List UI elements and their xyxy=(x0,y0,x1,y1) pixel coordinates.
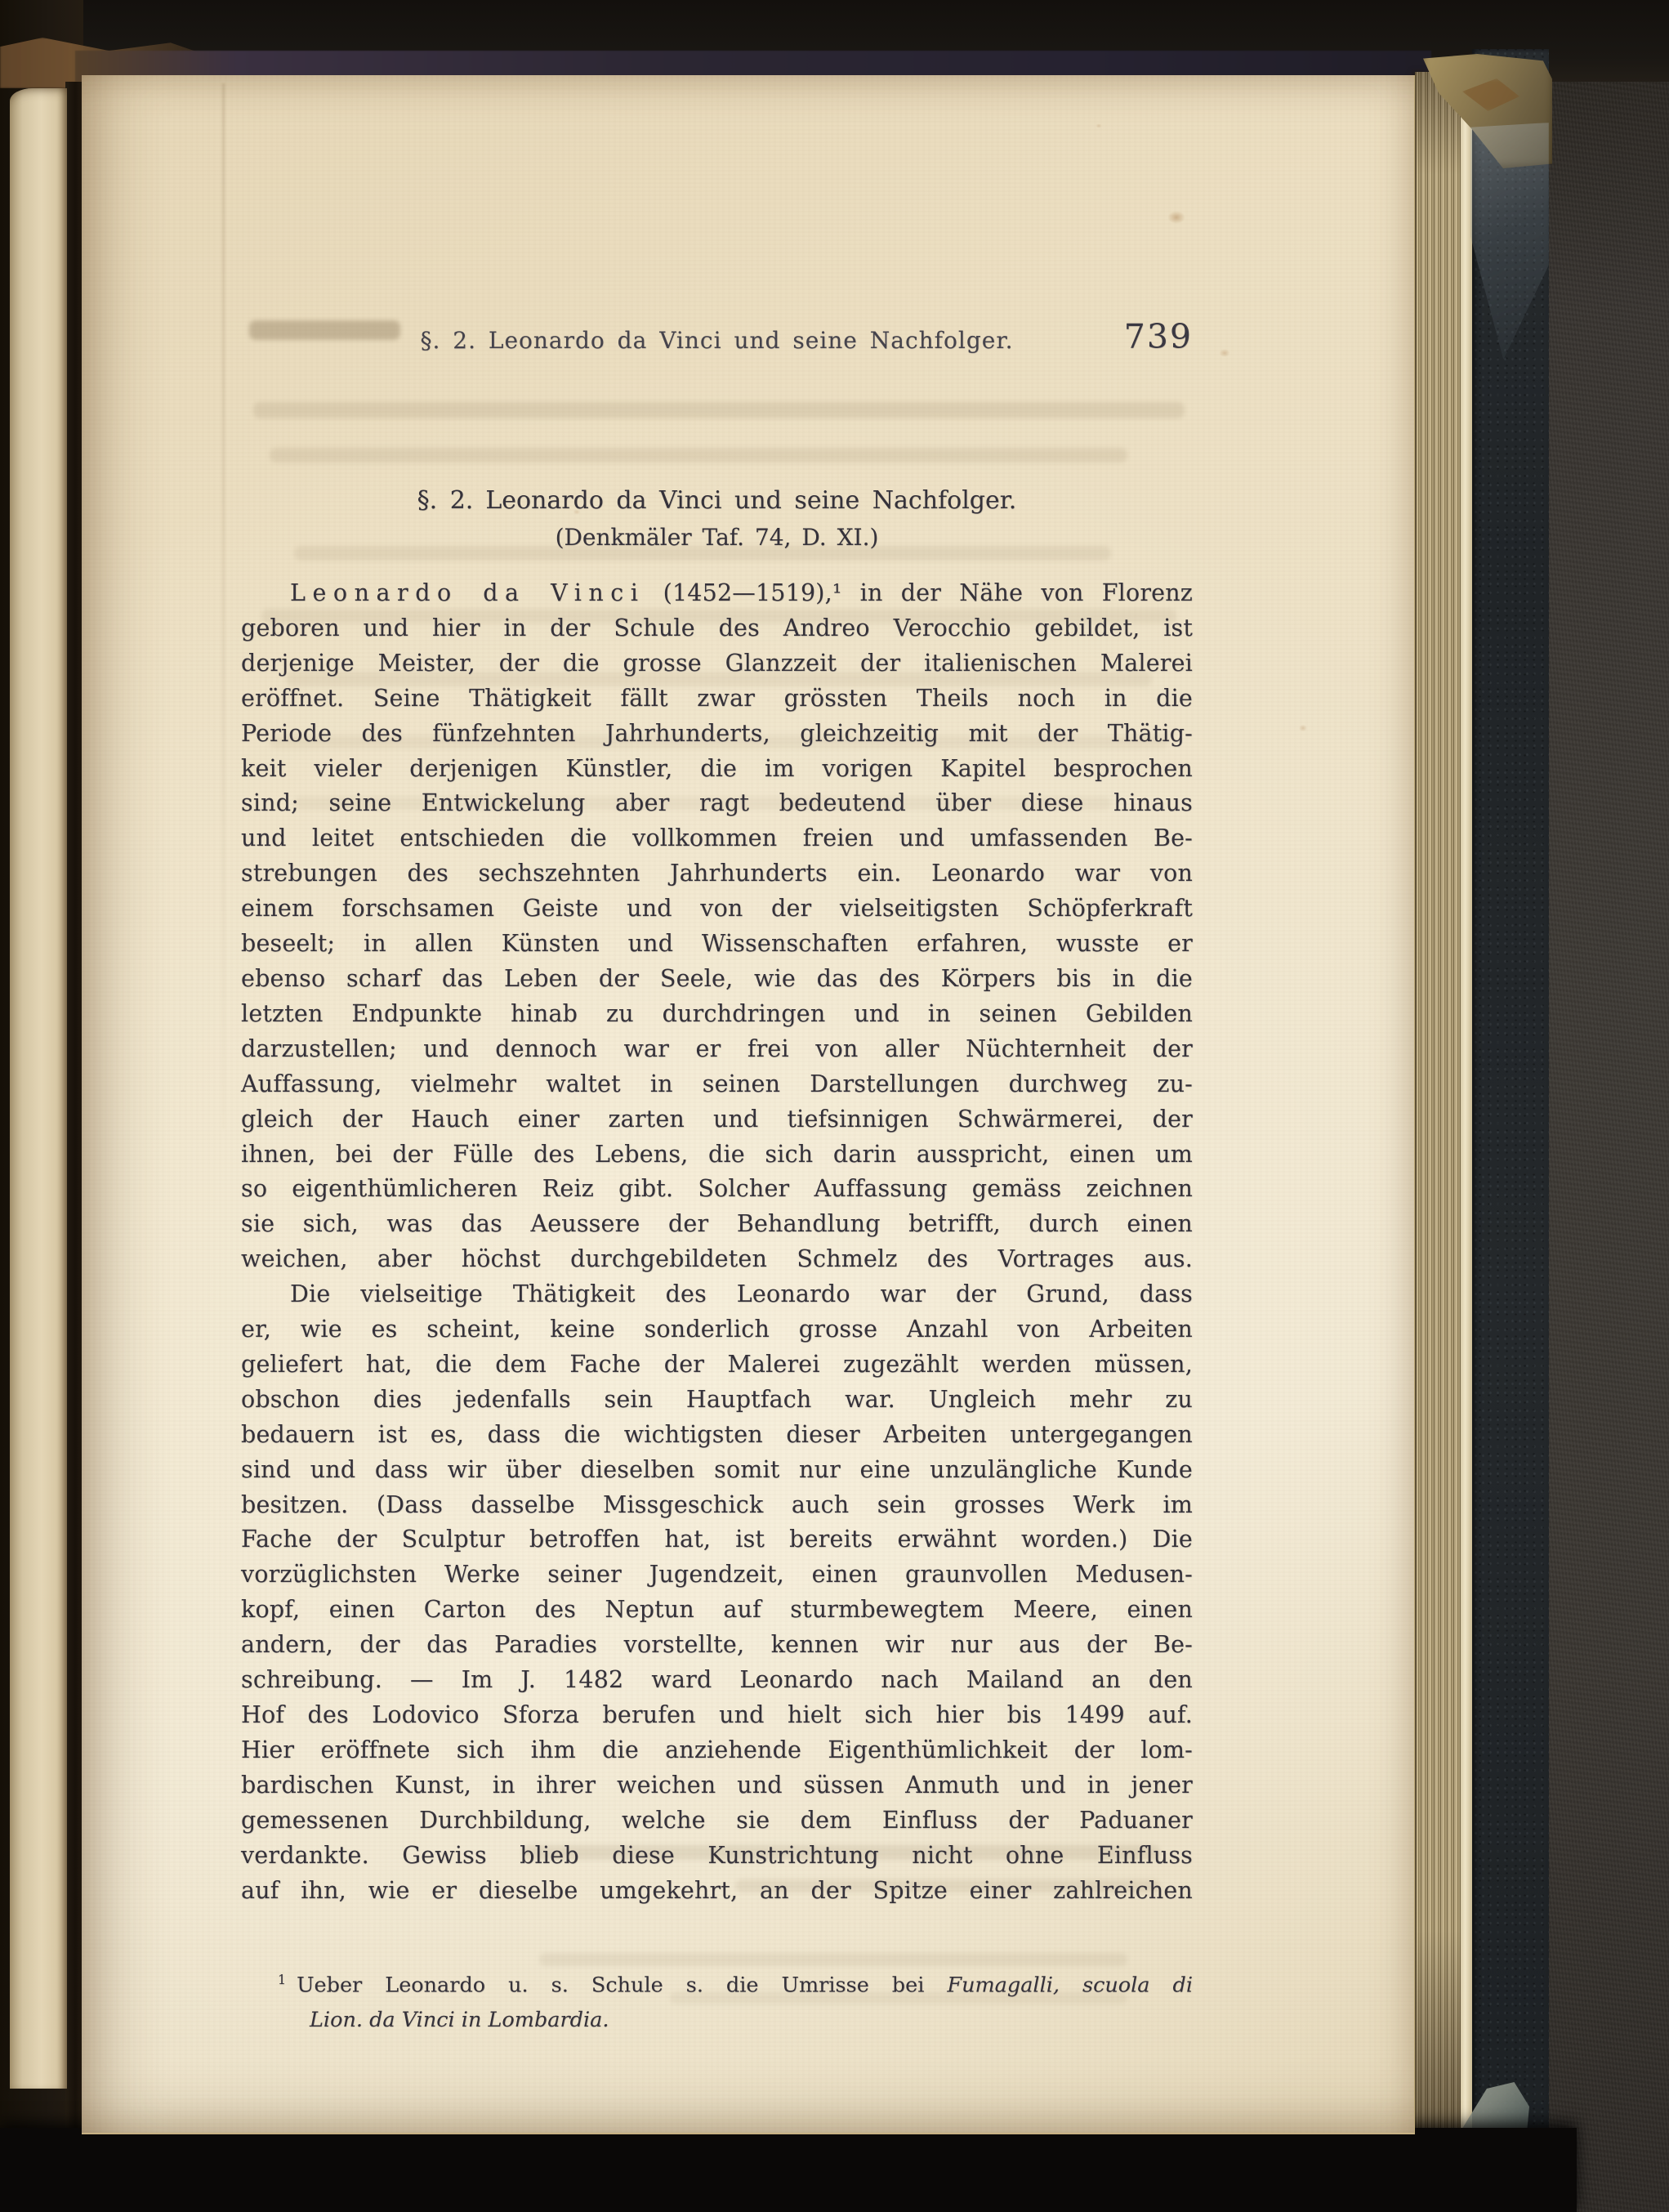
page-number: 739 xyxy=(980,317,1193,356)
book-gutter xyxy=(65,82,83,2129)
footnote-line: Lion. da Vinci in Lombardia. xyxy=(241,2003,1193,2037)
foxing-spot xyxy=(1095,123,1103,129)
foxing-spot xyxy=(1297,723,1309,733)
body-line: bedauern ist es, dass die wichtigsten di… xyxy=(241,1418,1193,1453)
body-line: geliefert hat, die dem Fache der Malerei… xyxy=(241,1347,1193,1383)
body-line: und leitet entschieden die vollkommen fr… xyxy=(241,821,1193,856)
body-line: darzustellen; und dennoch war er frei vo… xyxy=(241,1032,1193,1067)
foxing-spot xyxy=(1164,208,1189,226)
body-line: weichen, aber höchst durchgebildeten Sch… xyxy=(241,1242,1193,1277)
body-line: strebungen des sechszehnten Jahrhunderts… xyxy=(241,856,1193,892)
body-line: andern, der das Paradies vorstellte, ken… xyxy=(241,1628,1193,1663)
body-line: verdankte. Gewiss blieb diese Kunstricht… xyxy=(241,1839,1193,1874)
body-line: sind; seine Entwickelung aber ragt bedeu… xyxy=(241,786,1193,821)
body-line: schreibung. — Im J. 1482 ward Leonardo n… xyxy=(241,1663,1193,1698)
footnote-marker: 1 xyxy=(278,1972,287,1987)
body-line: eröffnet. Seine Thätigkeit fällt zwar gr… xyxy=(241,681,1193,717)
footnote-line: 1Ueber Leonardo u. s. Schule s. die Umri… xyxy=(241,1963,1193,2003)
body-line: kopf, einen Carton des Neptun auf sturmb… xyxy=(241,1593,1193,1628)
body-line: keit vieler derjenigen Künstler, die im … xyxy=(241,752,1193,787)
body-line: so eigenthümlicheren Reiz gibt. Solcher … xyxy=(241,1172,1193,1207)
background-bottom xyxy=(0,2128,1577,2212)
body-line: Hof des Lodovico Sforza berufen und hiel… xyxy=(241,1698,1193,1733)
body-line: Hier eröffnete sich ihm die anziehende E… xyxy=(241,1733,1193,1768)
body-line: Die vielseitige Thätigkeit des Leonardo … xyxy=(241,1277,1193,1312)
body-line: Leonardo da Vinci (1452—1519),¹ in der N… xyxy=(241,576,1193,611)
show-through-ghost xyxy=(270,448,1127,463)
section-heading: §. 2. Leonardo da Vinci und seine Nachfo… xyxy=(241,486,1193,515)
book-page: §. 2. Leonardo da Vinci und seine Nachfo… xyxy=(82,75,1415,2134)
book-cover xyxy=(1472,49,1549,2174)
letterspaced-name: Leonardo da Vinci xyxy=(290,579,645,606)
body-line: gleich der Hauch einer zarten und tiefsi… xyxy=(241,1102,1193,1137)
body-text: Leonardo da Vinci (1452—1519),¹ in der N… xyxy=(241,576,1193,1908)
body-line: geboren und hier in der Schule des Andre… xyxy=(241,611,1193,646)
body-line: auf ihn, wie er dieselbe umgekehrt, an d… xyxy=(241,1874,1193,1909)
previous-page-edge xyxy=(10,88,67,2089)
line-text: (1452—1519),¹ in der Nähe von Florenz xyxy=(645,579,1193,606)
section-subheading: (Denkmäler Taf. 74, D. XI.) xyxy=(241,524,1193,551)
page-crease xyxy=(222,83,225,1129)
footnote: 1Ueber Leonardo u. s. Schule s. die Umri… xyxy=(241,1963,1193,2037)
body-line: obschon dies jedenfalls sein Hauptfach w… xyxy=(241,1383,1193,1418)
show-through-ghost xyxy=(253,402,1185,418)
body-line: sie sich, was das Aeussere der Behandlun… xyxy=(241,1207,1193,1242)
body-line: derjenige Meister, der die grosse Glanzz… xyxy=(241,646,1193,681)
body-line: Periode des fünfzehnten Jahrhunderts, gl… xyxy=(241,717,1193,752)
body-line: bardischen Kunst, in ihrer weichen und s… xyxy=(241,1768,1193,1803)
body-line: einem forschsamen Geiste und von der vie… xyxy=(241,892,1193,927)
endpaper-edge xyxy=(1461,75,1472,2133)
footnote-reference-italic: Fumagalli, scuola di xyxy=(947,1973,1193,1998)
body-line: Auffassung, vielmehr waltet in seinen Da… xyxy=(241,1067,1193,1102)
body-line: vorzüglichsten Werke seiner Jugendzeit, … xyxy=(241,1557,1193,1593)
body-line: ihnen, bei der Fülle des Lebens, die sic… xyxy=(241,1137,1193,1173)
footnote-text: Ueber Leonardo u. s. Schule s. die Umris… xyxy=(297,1973,947,1998)
foxing-spot xyxy=(1217,347,1232,359)
body-line: letzten Endpunkte hinab zu durchdringen … xyxy=(241,997,1193,1032)
body-line: beseelt; in allen Künsten und Wissenscha… xyxy=(241,927,1193,962)
body-line: Fache der Sculptur betroffen hat, ist be… xyxy=(241,1522,1193,1557)
body-line: gemessenen Durchbildung, welche sie dem … xyxy=(241,1803,1193,1839)
background-right-charcoal xyxy=(1546,0,1669,2212)
body-line: er, wie es scheint, keine sonderlich gro… xyxy=(241,1312,1193,1347)
body-line: sind und dass wir über dieselben somit n… xyxy=(241,1453,1193,1488)
body-line: ebenso scharf das Leben der Seele, wie d… xyxy=(241,962,1193,997)
body-line: besitzen. (Dass dasselbe Missgeschick au… xyxy=(241,1488,1193,1523)
